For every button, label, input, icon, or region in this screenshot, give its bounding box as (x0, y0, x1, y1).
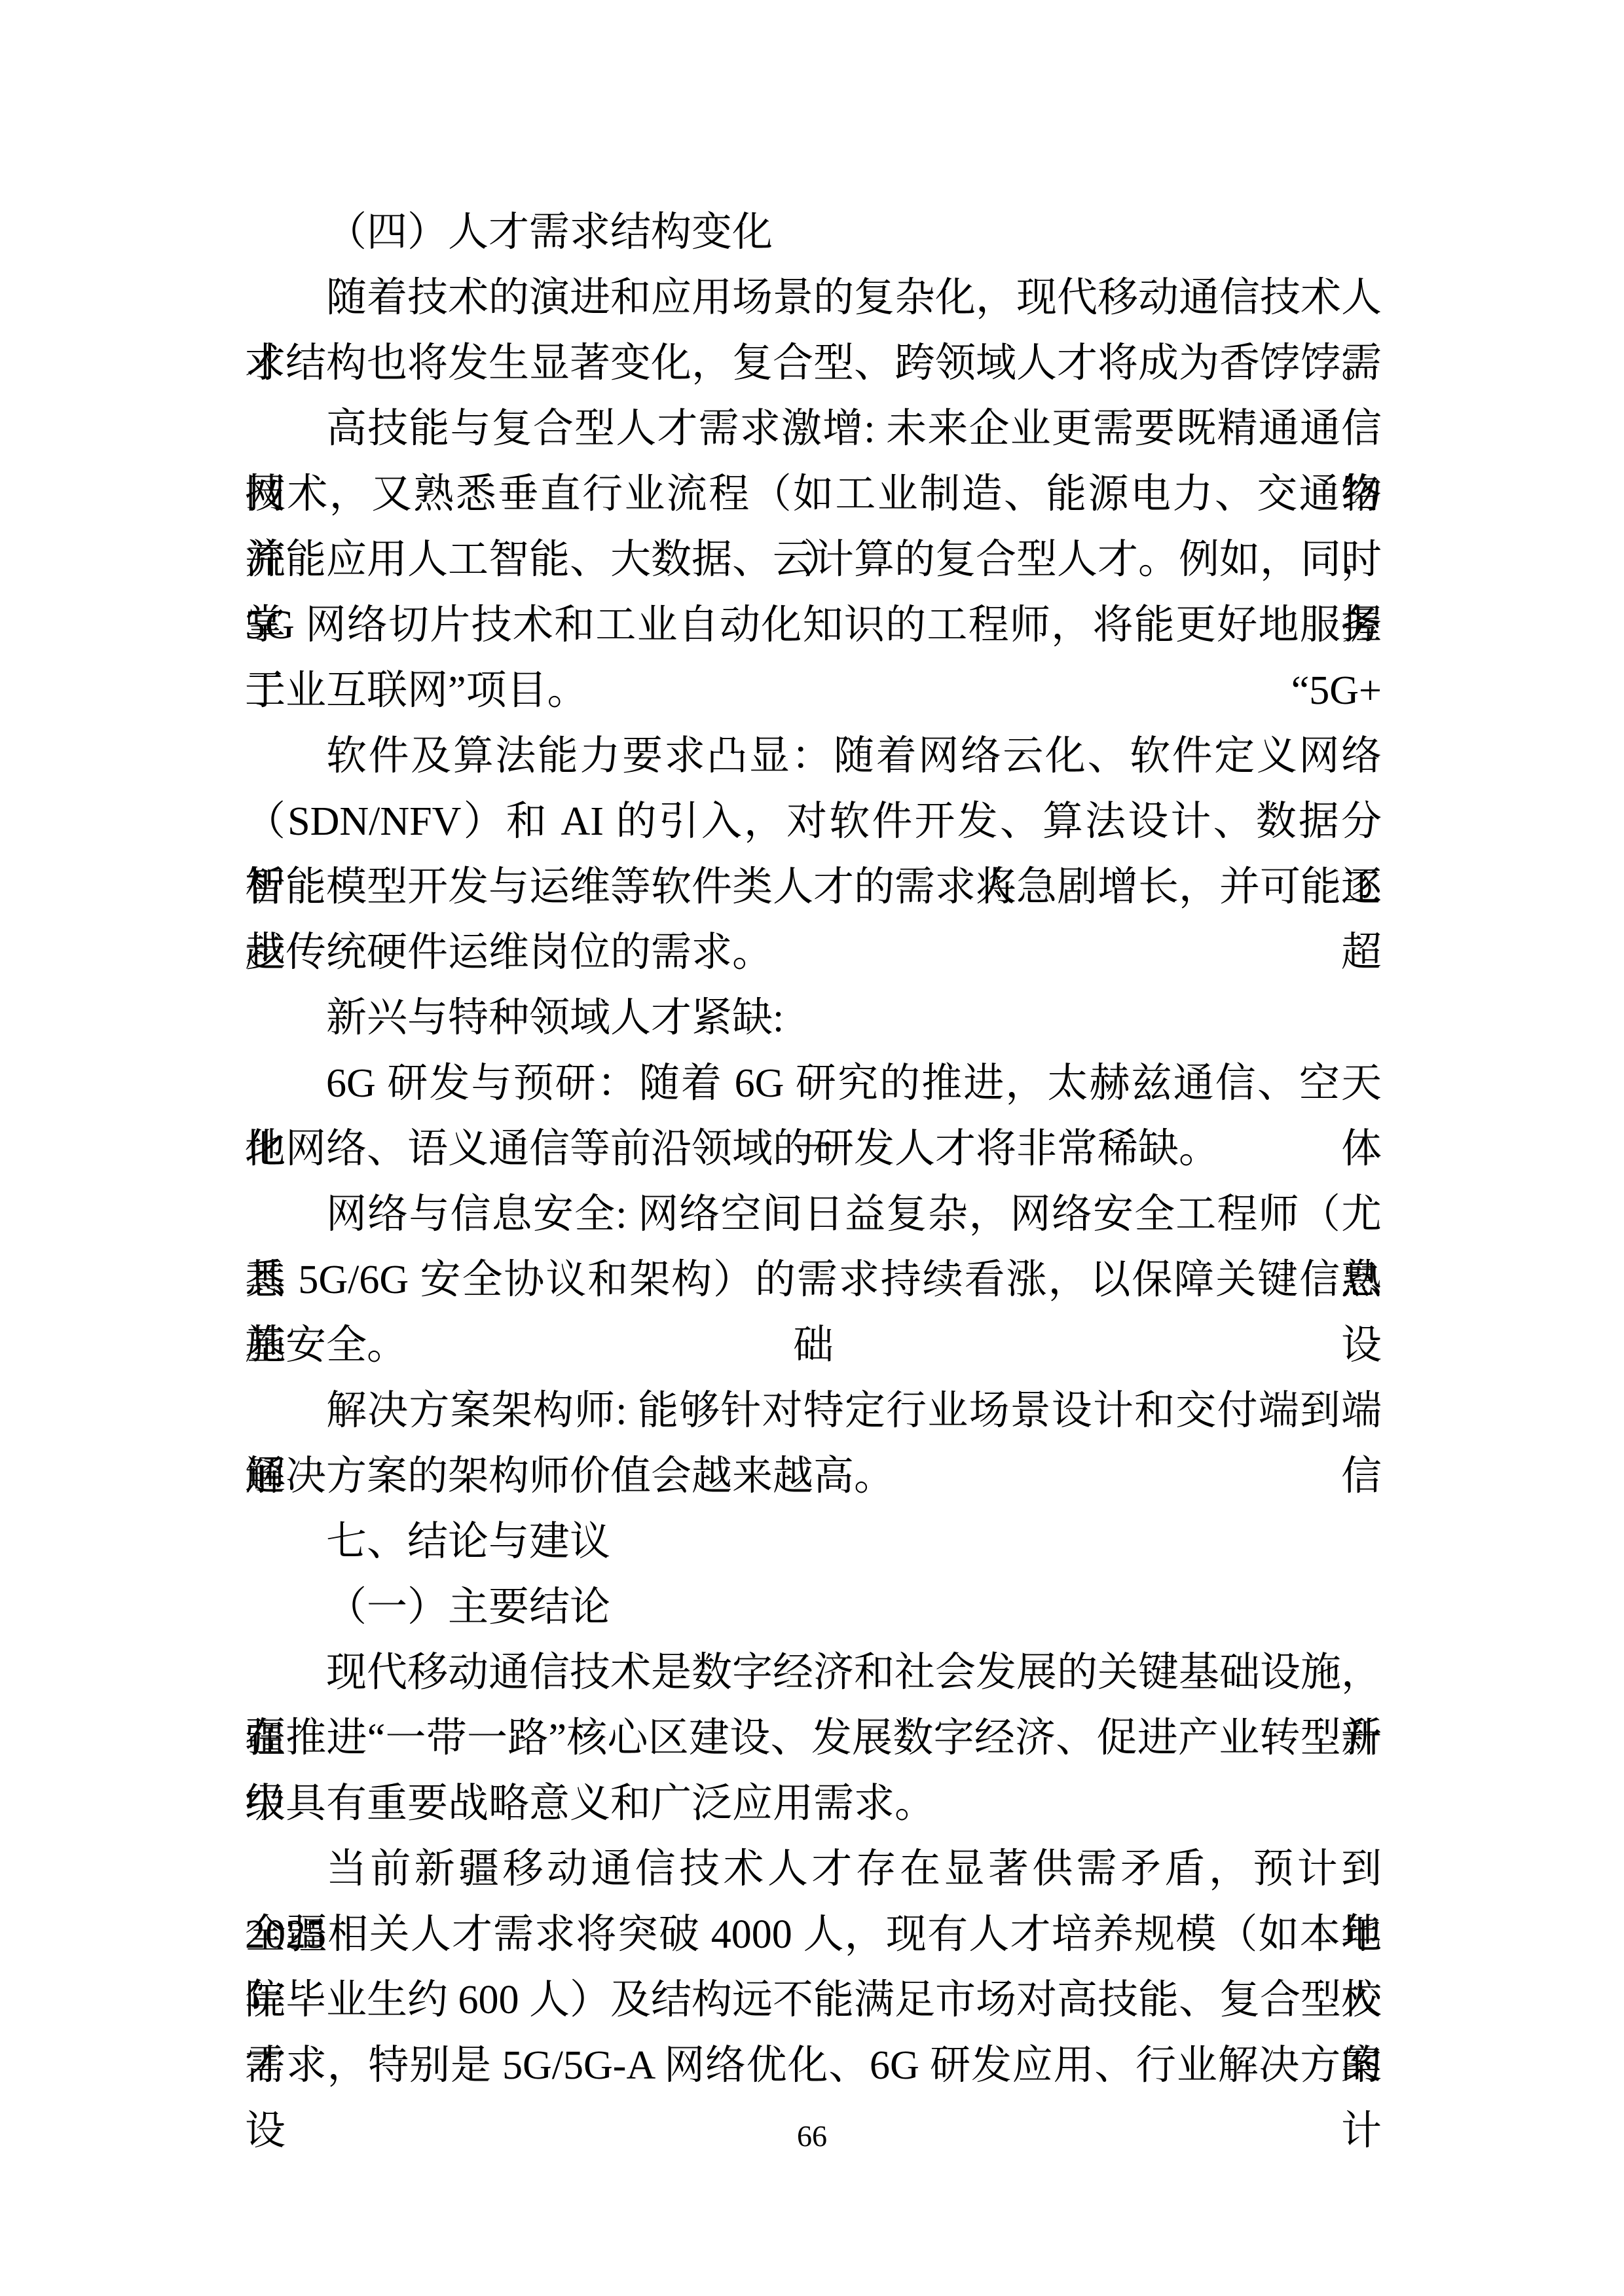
text-line: 现代移动通信技术是数字经济和社会发展的关键基础设施，在新 (245, 1640, 1382, 1705)
document-page: （四）人才需求结构变化 随着技术的演进和应用场景的复杂化，现代移动通信技术人才需… (0, 0, 1624, 2296)
text-line: 悉 5G/6G 安全协议和架构）的需求持续看涨，以保障关键信息基础设 (245, 1247, 1382, 1313)
text-line: 智能模型开发与运维等软件类人才的需求将急剧增长，并可能逐步超 (245, 854, 1382, 920)
text-line: 当前新疆移动通信技术人才存在显著供需矛盾，预计到 2025 年 (245, 1836, 1382, 1902)
text-line: 化网络、语义通信等前沿领域的研发人才将非常稀缺。 (245, 1116, 1382, 1182)
text-line: 网络与信息安全: 网络空间日益复杂，网络安全工程师（尤其熟 (245, 1182, 1382, 1247)
text-line: 随着技术的演进和应用场景的复杂化，现代移动通信技术人才需 (245, 265, 1382, 331)
text-line: 求结构也将发生显著变化，复合型、跨领域人才将成为香饽饽。 (245, 331, 1382, 396)
text-line: 高技能与复合型人才需求激增: 未来企业更需要既精通通信网络 (245, 396, 1382, 462)
text-line: 软件及算法能力要求凸显：随着网络云化、软件定义网络 (245, 723, 1382, 789)
section-heading: （一）主要结论 (245, 1575, 1382, 1640)
section-heading: （四）人才需求结构变化 (245, 200, 1382, 265)
text-line: （SDN/NFV）和 AI 的引入，对软件开发、算法设计、数据分析、人工 (245, 789, 1382, 854)
text-line: 5G 网络切片技术和工业自动化知识的工程师，将能更好地服务于“5G+ (245, 592, 1382, 658)
page-number: 66 (797, 2119, 827, 2153)
text-line: 中具有重要战略意义和广泛应用需求。 (245, 1771, 1382, 1836)
text-line: 全疆相关人才需求将突破 4000 人，现有人才培养规模（如本地院校 (245, 1902, 1382, 1967)
text-line: 新兴与特种领域人才紧缺: (245, 985, 1382, 1051)
text-line: 年毕业生约 600 人）及结构远不能满足市场对高技能、复合型人才的 (245, 1967, 1382, 2033)
text-line: 技术，又熟悉垂直行业流程（如工业制造、能源电力、交通物流）， (245, 462, 1382, 527)
page-footer: 66 (0, 2117, 1624, 2156)
text-line: 需求，特别是 5G/5G-A 网络优化、6G 研发应用、行业解决方案设计 (245, 2033, 1382, 2098)
text-line: 6G 研发与预研：随着 6G 研究的推进，太赫兹通信、空天地一体 (245, 1051, 1382, 1116)
document-body: （四）人才需求结构变化 随着技术的演进和应用场景的复杂化，现代移动通信技术人才需… (245, 200, 1382, 2098)
text-line: 解决方案架构师: 能够针对特定行业场景设计和交付端到端通信 (245, 1378, 1382, 1444)
text-line: 疆推进“一带一路”核心区建设、发展数字经济、促进产业转型升级 (245, 1705, 1382, 1771)
text-line: 并能应用人工智能、大数据、云计算的复合型人才。例如，同时掌握 (245, 527, 1382, 592)
section-heading: 七、结论与建议 (245, 1509, 1382, 1575)
